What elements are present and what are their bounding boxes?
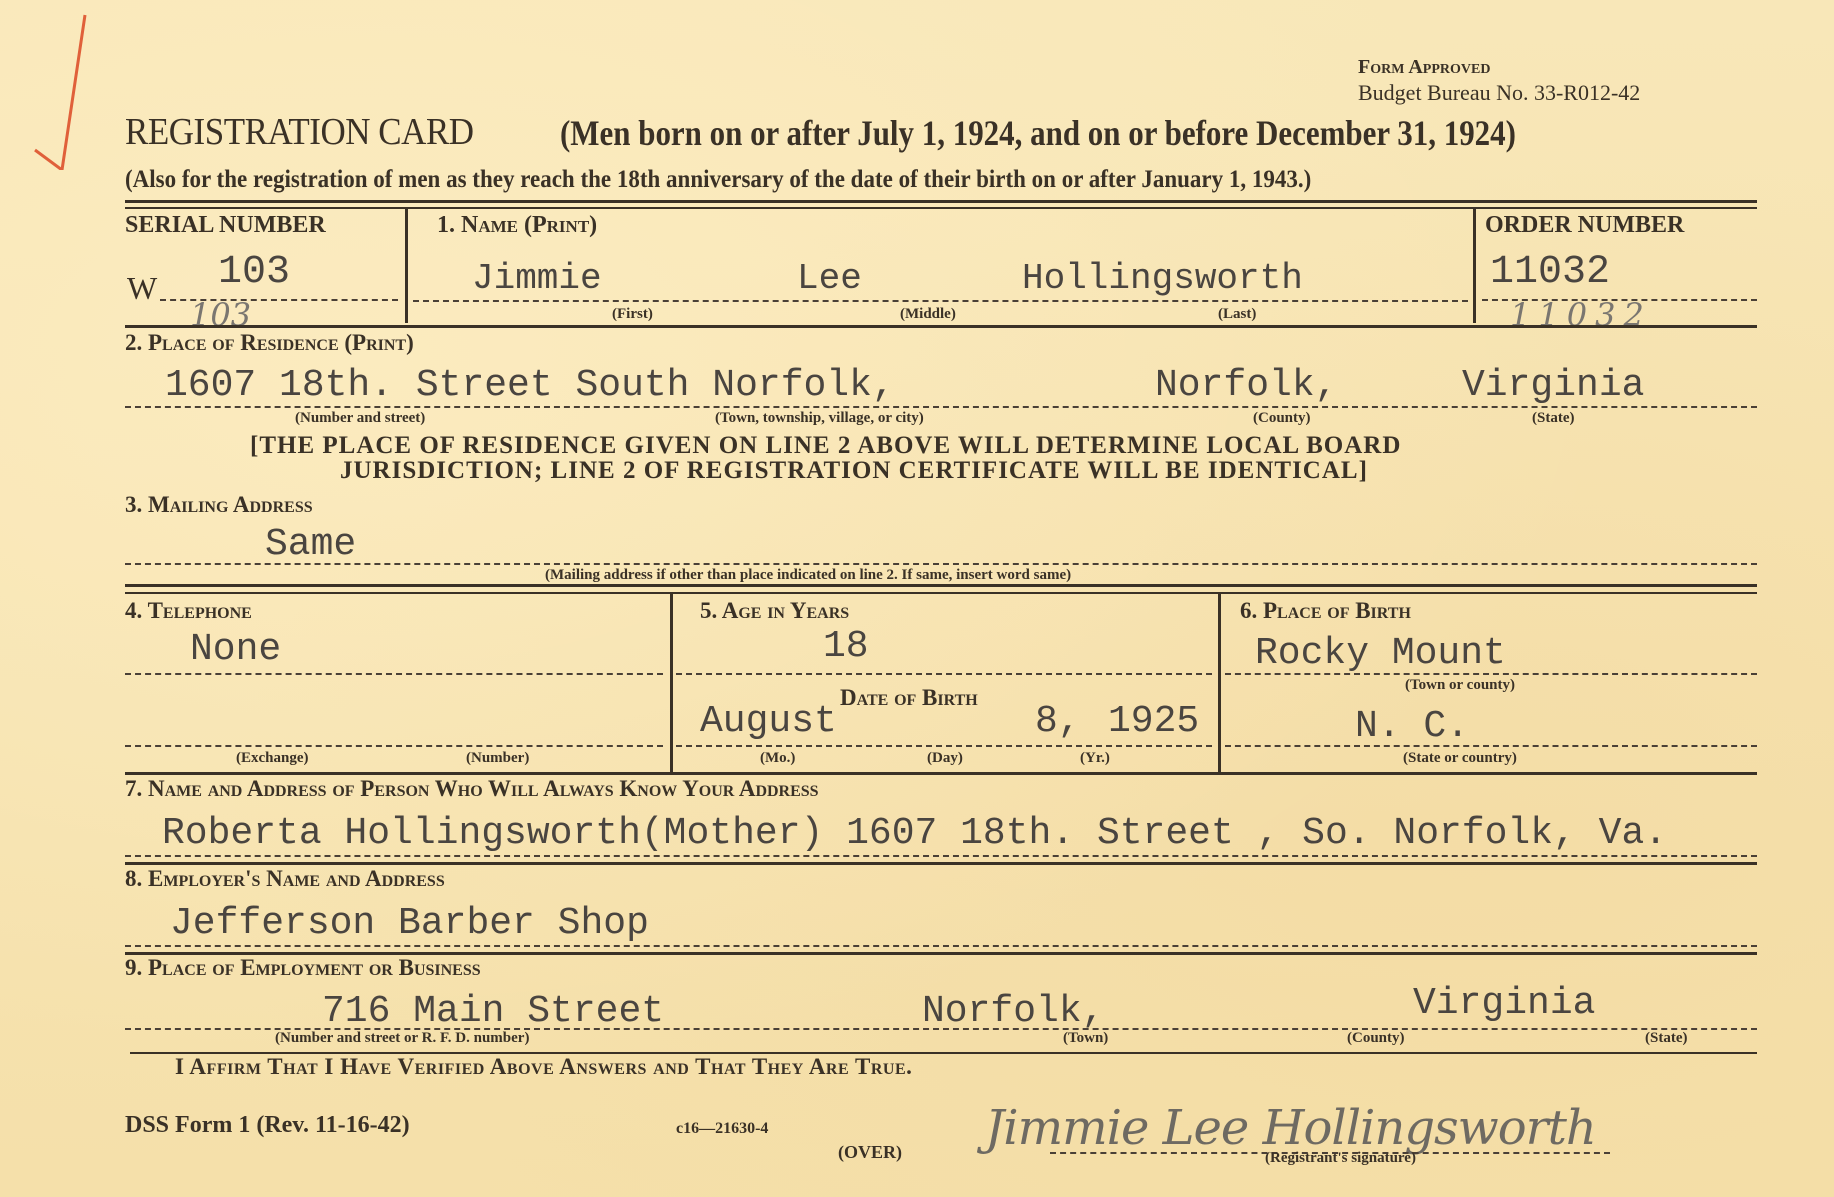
divider	[1473, 208, 1476, 323]
last-name-value[interactable]: Hollingsworth	[1022, 258, 1303, 299]
field-line	[1225, 673, 1757, 675]
street-caption: (Number and street)	[295, 410, 425, 427]
employer-label: 8. Employer's Name and Address	[125, 866, 445, 892]
state-caption: (State)	[1532, 410, 1574, 427]
field-line	[125, 673, 663, 675]
serial-prefix: W	[127, 270, 157, 307]
day-caption: (Day)	[927, 750, 963, 767]
birthplace-state-value[interactable]: N. C.	[1355, 705, 1469, 748]
serial-number-value[interactable]: 103	[218, 250, 290, 295]
serial-handwritten: 103	[190, 296, 251, 334]
mailing-caption: (Mailing address if other than place ind…	[545, 567, 1071, 584]
residence-street-value[interactable]: 1607 18th. Street South Norfolk,	[165, 364, 895, 407]
mailing-label: 3. Mailing Address	[125, 492, 313, 518]
employment-street-caption: (Number and street or R. F. D. number)	[275, 1030, 529, 1047]
field-line	[125, 945, 1757, 947]
county-caption: (County)	[1253, 410, 1311, 427]
mailing-value[interactable]: Same	[265, 523, 356, 566]
order-number-value[interactable]: 11032	[1490, 250, 1610, 295]
first-name-value[interactable]: Jimmie	[472, 258, 602, 299]
month-caption: (Mo.)	[760, 750, 795, 767]
contact-value[interactable]: Roberta Hollingsworth(Mother) 1607 18th.…	[162, 812, 1667, 855]
form-id: DSS Form 1 (Rev. 11-16-42)	[125, 1112, 410, 1139]
employment-state-caption: (State)	[1645, 1030, 1687, 1047]
print-code: c16—21630-4	[676, 1120, 768, 1138]
registrant-signature[interactable]: Jimmie Lee Hollingsworth	[985, 1100, 1596, 1156]
employment-county-value[interactable]: Virginia	[1413, 982, 1595, 1025]
residence-notice-line2: JURISDICTION; LINE 2 OF REGISTRATION CER…	[340, 457, 1368, 485]
divider	[125, 772, 1757, 775]
residence-state-value[interactable]: Virginia	[1462, 364, 1644, 407]
contact-label: 7. Name and Address of Person Who Will A…	[125, 776, 819, 802]
employer-value[interactable]: Jefferson Barber Shop	[170, 902, 649, 945]
card-subtitle: (Also for the registration of men as the…	[125, 166, 1311, 194]
field-line	[413, 300, 1468, 302]
divider	[125, 584, 1757, 587]
field-line	[125, 855, 1757, 857]
divider	[670, 594, 673, 774]
state-or-country-caption: (State or country)	[1403, 750, 1517, 767]
field-line	[125, 563, 1757, 565]
divider	[405, 208, 408, 323]
divider	[125, 207, 1757, 209]
town-or-county-caption: (Town or county)	[1405, 677, 1515, 694]
form-approved: Form Approved	[1358, 56, 1490, 79]
dob-month-value[interactable]: August	[700, 700, 837, 743]
number-caption: (Number)	[466, 750, 529, 767]
first-caption: (First)	[612, 306, 653, 323]
birthplace-town-value[interactable]: Rocky Mount	[1255, 632, 1506, 675]
employment-town-value[interactable]: Norfolk,	[922, 990, 1104, 1033]
dob-day-value[interactable]: 8,	[1035, 700, 1081, 743]
divider	[1218, 594, 1221, 774]
year-caption: (Yr.)	[1080, 750, 1110, 767]
age-label: 5. Age in Years	[700, 598, 849, 624]
divider	[125, 862, 1757, 865]
age-value[interactable]: 18	[823, 625, 869, 668]
name-label: 1. Name (Print)	[437, 212, 597, 239]
middle-name-value[interactable]: Lee	[797, 258, 862, 299]
divider	[125, 200, 1757, 203]
signature-caption: (Registrant's signature)	[1265, 1150, 1416, 1167]
residence-notice-line1: [THE PLACE OF RESIDENCE GIVEN ON LINE 2 …	[250, 432, 1401, 460]
check-mark-icon	[30, 10, 90, 170]
field-line	[676, 673, 1212, 675]
employment-county-caption: (County)	[1347, 1030, 1405, 1047]
last-caption: (Last)	[1218, 306, 1256, 323]
field-line	[125, 406, 1757, 408]
residence-county-value[interactable]: Norfolk,	[1155, 364, 1337, 407]
exchange-caption: (Exchange)	[236, 750, 309, 767]
order-handwritten: 11032	[1510, 296, 1652, 334]
telephone-label: 4. Telephone	[125, 598, 252, 624]
divider	[125, 592, 1757, 594]
field-line	[1225, 745, 1757, 747]
employment-label: 9. Place of Employment or Business	[125, 955, 481, 981]
employment-street-value[interactable]: 716 Main Street	[322, 990, 664, 1033]
card-title: REGISTRATION CARD	[125, 110, 474, 154]
field-line	[125, 745, 663, 747]
residence-label: 2. Place of Residence (Print)	[125, 330, 414, 356]
town-caption: (Town, township, village, or city)	[715, 410, 924, 427]
over-indicator: (OVER)	[838, 1142, 902, 1163]
date-of-birth-label: Date of Birth	[840, 685, 978, 711]
order-number-label: ORDER NUMBER	[1485, 212, 1684, 239]
birthplace-label: 6. Place of Birth	[1240, 598, 1411, 624]
field-line	[676, 745, 1212, 747]
card-title-subtext: (Men born on or after July 1, 1924, and …	[560, 112, 1516, 154]
employment-town-caption: (Town)	[1063, 1030, 1108, 1047]
divider	[125, 325, 1757, 328]
dob-year-value[interactable]: 1925	[1108, 700, 1199, 743]
serial-number-label: SERIAL NUMBER	[125, 212, 326, 239]
telephone-value[interactable]: None	[190, 628, 281, 671]
affirmation-text: I Affirm That I Have Verified Above Answ…	[175, 1054, 912, 1080]
registration-card: Form Approved Budget Bureau No. 33-R012-…	[0, 0, 1834, 1197]
middle-caption: (Middle)	[900, 306, 956, 323]
budget-bureau-number: Budget Bureau No. 33-R012-42	[1358, 80, 1640, 106]
